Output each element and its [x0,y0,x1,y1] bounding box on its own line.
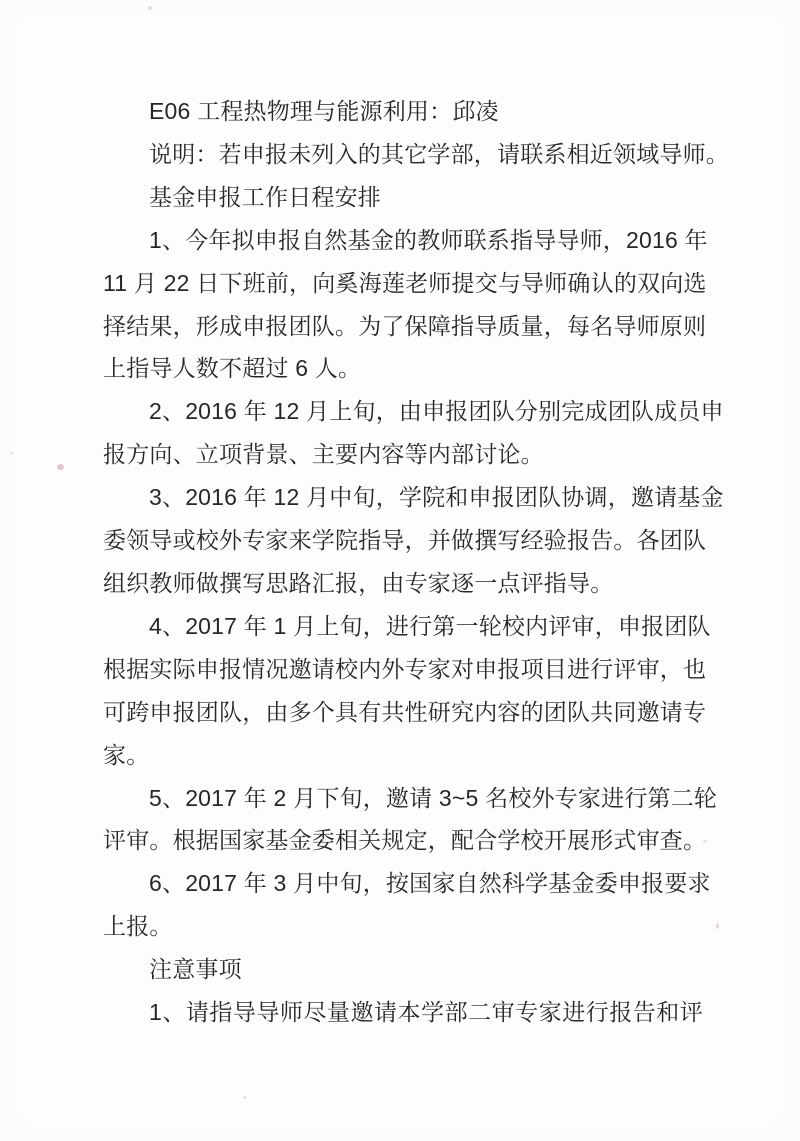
paragraph: 1、请指导导师尽量邀请本学部二审专家进行报告和评 [103,991,703,1034]
paragraph: 注意事项 [103,948,703,991]
text-line: 根据实际申报情况邀请校内外专家对申报项目进行评审，也 [103,648,703,691]
text-line: 1、今年拟申报自然基金的教师联系指导导师，2016 年 [103,219,703,262]
paragraph: 1、今年拟申报自然基金的教师联系指导导师，2016 年11 月 22 日下班前，… [103,219,703,391]
text-line: 组织教师做撰写思路汇报，由专家逐一点评指导。 [103,562,703,605]
text-line: 5、2017 年 2 月下旬，邀请 3~5 名校外专家进行第二轮 [103,777,703,820]
text-line: 上报。 [103,905,703,948]
text-line: 2、2016 年 12 月上旬，由申报团队分别完成团队成员申 [103,390,703,433]
text-line: 上指导人数不超过 6 人。 [103,347,703,390]
paragraph: 6、2017 年 3 月中旬，按国家自然科学基金委申报要求上报。 [103,862,703,948]
text-line: 家。 [103,734,703,777]
paragraph: 基金申报工作日程安排 [103,176,703,219]
scan-artifact [243,1096,247,1099]
scan-artifact [716,923,719,929]
text-line: 说明：若申报未列入的其它学部，请联系相近领域导师。 [103,133,703,176]
text-line: 1、请指导导师尽量邀请本学部二审专家进行报告和评 [103,991,703,1034]
text-line: E06 工程热物理与能源利用：邱凌 [103,90,703,133]
text-line: 择结果，形成申报团队。为了保障指导质量，每名导师原则 [103,305,703,348]
text-line: 报方向、立项背景、主要内容等内部讨论。 [103,433,703,476]
scanned-document-page: E06 工程热物理与能源利用：邱凌说明：若申报未列入的其它学部，请联系相近领域导… [0,0,800,1141]
text-line: 3、2016 年 12 月中旬，学院和申报团队协调，邀请基金 [103,476,703,519]
paragraph: E06 工程热物理与能源利用：邱凌 [103,90,703,133]
text-line: 委领导或校外专家来学院指导，并做撰写经验报告。各团队 [103,519,703,562]
text-line: 4、2017 年 1 月上旬，进行第一轮校内评审，申报团队 [103,605,703,648]
text-line: 6、2017 年 3 月中旬，按国家自然科学基金委申报要求 [103,862,703,905]
document-text-block: E06 工程热物理与能源利用：邱凌说明：若申报未列入的其它学部，请联系相近领域导… [103,90,703,1034]
text-line: 可跨申报团队，由多个具有共性研究内容的团队共同邀请专 [103,691,703,734]
paragraph: 4、2017 年 1 月上旬，进行第一轮校内评审，申报团队根据实际申报情况邀请校… [103,605,703,777]
paragraph: 5、2017 年 2 月下旬，邀请 3~5 名校外专家进行第二轮评审。根据国家基… [103,777,703,863]
scan-artifact [10,452,13,455]
text-line: 评审。根据国家基金委相关规定，配合学校开展形式审查。 [103,819,703,862]
paragraph: 3、2016 年 12 月中旬，学院和申报团队协调，邀请基金委领导或校外专家来学… [103,476,703,605]
text-line: 基金申报工作日程安排 [103,176,703,219]
text-line: 注意事项 [103,948,703,991]
paragraph: 2、2016 年 12 月上旬，由申报团队分别完成团队成员申报方向、立项背景、主… [103,390,703,476]
scan-artifact [57,464,64,470]
text-line: 11 月 22 日下班前，向奚海莲老师提交与导师确认的双向选 [103,262,703,305]
scan-artifact [148,6,152,10]
paragraph: 说明：若申报未列入的其它学部，请联系相近领域导师。 [103,133,703,176]
